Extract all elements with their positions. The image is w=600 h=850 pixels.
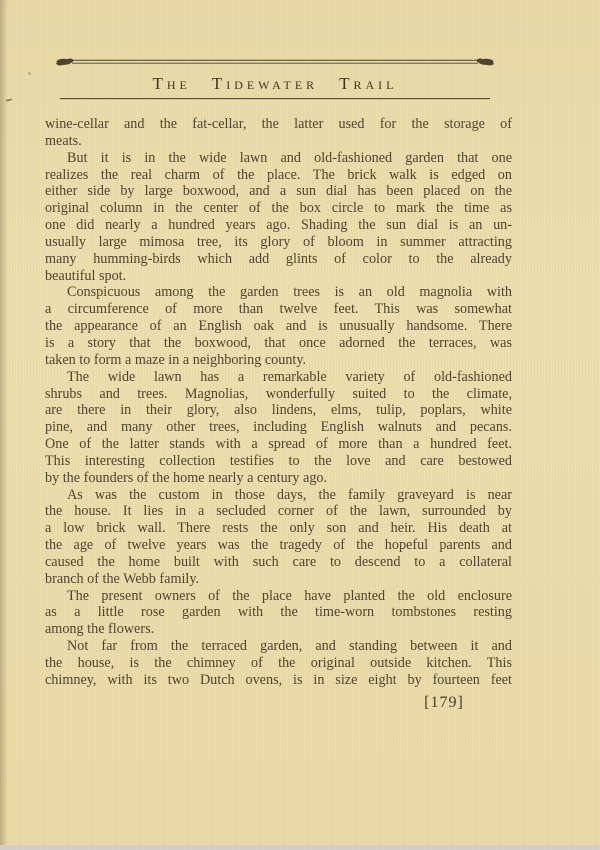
scan-edge-bottom: [0, 845, 600, 850]
scan-speck: [28, 72, 31, 75]
text-line: the house, is the chimney of the origina…: [45, 655, 512, 672]
text-line: chimney, with its two Dutch ovens, is in…: [45, 672, 512, 689]
text-line: One of the latter stands with a spread o…: [45, 436, 512, 453]
text-line: usually large mimosa tree, its glory of …: [45, 234, 512, 251]
title-rule: [60, 98, 490, 99]
page-title: The Tidewater Trail: [57, 74, 493, 94]
text-line: a circumference of more than twelve feet…: [45, 301, 512, 318]
text-line: the house. It lies in a secluded corner …: [45, 503, 512, 520]
text-line: is a story that the boxwood, that once a…: [45, 335, 512, 352]
text-line: As was the custom in those days, the fam…: [45, 487, 512, 504]
text-line: branch of the Webb family.: [45, 571, 512, 588]
text-line: Not far from the terraced garden, and st…: [45, 638, 512, 655]
text-line: original column in the center of the box…: [45, 200, 512, 217]
text-line: either side by large boxwood, and a sun …: [45, 183, 512, 200]
text-line: are there in their glory, also lindens, …: [45, 402, 512, 419]
text-line: This interesting collection testifies to…: [45, 453, 512, 470]
text-line: the appearance of an English oak and is …: [45, 318, 512, 335]
text-line: pine, and many other trees, including En…: [45, 419, 512, 436]
text-line: many humming-birds which add glints of c…: [45, 251, 512, 268]
scan-edge-shadow-left: [0, 0, 8, 850]
text-line: taken to form a maze in a neighboring co…: [45, 352, 512, 369]
text-line: beautiful spot.: [45, 268, 512, 285]
scroll-ornament-right-icon: [477, 59, 494, 66]
scroll-ornament-left-icon: [56, 59, 73, 66]
text-line: meats.: [45, 133, 512, 150]
body-text: wine-cellar and the fat-cellar, the latt…: [45, 116, 512, 689]
scan-speck: [6, 98, 12, 101]
page-number: [179]: [414, 694, 474, 712]
book-page: The Tidewater Trail wine-cellar and the …: [0, 0, 600, 850]
text-line: the age of twelve years was the tragedy …: [45, 537, 512, 554]
text-line: by the founders of the home nearly a cen…: [45, 470, 512, 487]
text-line: The wide lawn has a remarkable variety o…: [45, 369, 512, 386]
text-line: as a little rose garden with the time-wo…: [45, 604, 512, 621]
text-line: The present owners of the place have pla…: [45, 588, 512, 605]
header-double-rule: [55, 57, 495, 67]
text-line: shrubs and trees. Magnolias, wonderfully…: [45, 386, 512, 403]
text-line: a low brick wall. There rests the only s…: [45, 520, 512, 537]
text-line: realizes the real charm of the place. Th…: [45, 167, 512, 184]
text-line: one did nearly a hundred years ago. Shad…: [45, 217, 512, 234]
text-line: among the flowers.: [45, 621, 512, 638]
text-line: caused the home built with such care to …: [45, 554, 512, 571]
text-line: Conspicuous among the garden trees is an…: [45, 284, 512, 301]
text-line: But it is in the wide lawn and old-fashi…: [45, 150, 512, 167]
text-line: wine-cellar and the fat-cellar, the latt…: [45, 116, 512, 133]
